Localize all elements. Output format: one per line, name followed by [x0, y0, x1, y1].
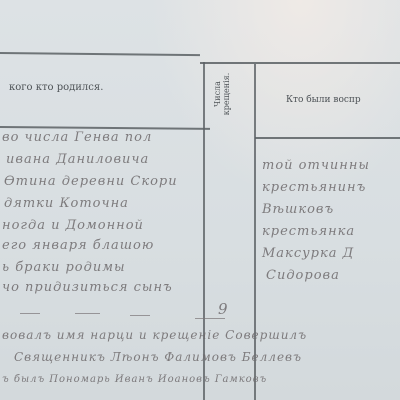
- baptism-day-number: 9: [218, 300, 229, 318]
- header-top-rule-right: [200, 62, 400, 64]
- entry-left-line-2: ивана Даниловича: [6, 152, 149, 167]
- entry-right-line-6: Сидорова: [266, 268, 340, 283]
- entry-right-line-1: той отчинны: [262, 158, 370, 173]
- entry-separator: [75, 313, 100, 314]
- header-bottom-rule-right: [255, 137, 400, 139]
- entry-left-line-4: дятки Коточна: [4, 196, 129, 211]
- header-baptism-date-column: Числа крещенія.: [213, 66, 231, 122]
- footer-line-2: Священникъ Лѣонъ Фалимовъ Беллевъ: [14, 350, 302, 364]
- entry-right-line-2: крестьянинъ: [262, 180, 366, 195]
- footer-line-1: вовалъ имя нарци и крещеніе Совершилъ: [2, 328, 307, 342]
- entry-left-line-5: ногда и Домонной: [2, 218, 144, 233]
- entry-left-line-8: чо придизиться сынъ: [2, 280, 173, 295]
- entry-right-line-3: Вѣшковъ: [262, 202, 334, 217]
- entry-right-line-4: крестьянка: [262, 224, 355, 239]
- entry-left-line-6: его января блашою: [2, 238, 154, 253]
- entry-left-line-7: ь браки родимы: [2, 260, 126, 275]
- entry-right-line-5: Максурка Д: [262, 246, 354, 261]
- header-godparents-column: Кто были воспр: [286, 95, 361, 105]
- entry-left-line-3: Ѳтина деревни Скори: [4, 174, 178, 189]
- entry-separator: [195, 318, 225, 319]
- entry-separator: [130, 315, 150, 316]
- entry-left-line-1: во числа Генва пол: [2, 130, 152, 145]
- entry-separator: [20, 313, 40, 314]
- footer-line-3: ъ былъ Пономарь Иванъ Иоановъ Гамковъ: [2, 374, 267, 385]
- header-birth-column: кого кто родился.: [9, 82, 103, 93]
